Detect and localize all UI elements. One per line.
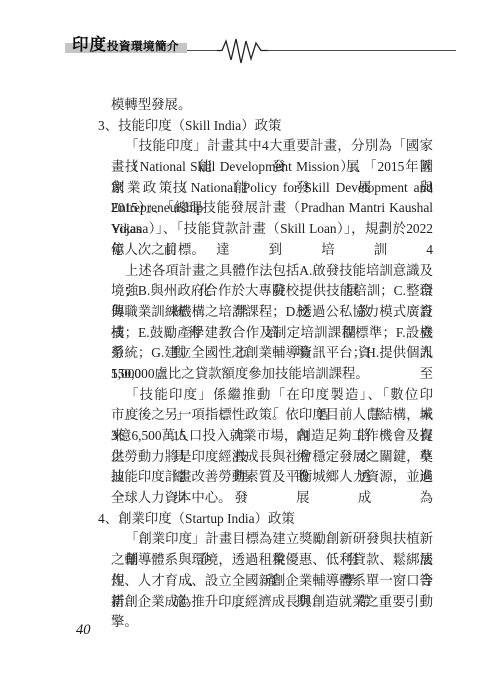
text-line: 新創企業成為推升印度經濟成長與創造就業之重要引擎。 [98,592,433,613]
page-number: 40 [76,622,91,639]
text-line: 之勞動力將是印度經濟成長與社會穩定發展之關鍵，莫迪總理盼透過 [98,447,433,468]
text-line: 上述各項計畫之具體作法包括A.啟發技能培訓意識及強化發展環 [98,261,433,282]
document-page: 印度 投資環境簡介 模轉型發展。 3、技能印度（Skill India）政策 「… [0,0,480,679]
text-line: Yojana）」、「技能貸款計畫（Skill Loan）」，規劃於2022年前達… [98,219,433,240]
body-text: 模轉型發展。 3、技能印度（Skill India）政策 「技能印度」計畫其中4… [98,95,433,612]
list-item-heading: 4、創業印度（Startup India）政策 [98,509,433,530]
text-line: 3億6,500萬人口投入就業市場，創造足夠工作機會及提供具技術水準 [98,426,433,447]
header-title-sub: 投資環境簡介 [107,40,179,54]
text-line: 之輔導體系與環境，透過租稅優惠、低利貸款、鬆綁法規、產學合 [98,550,433,571]
text-line: 作、人才育成、設立全國新創企業輔導體系單一窗口等措施，期帶動 [98,571,433,592]
text-line: 市」後之另一項指標性政策。依印度目前人口結構，未來15年內將有 [98,405,433,426]
pulse-zigzag-icon [217,36,269,66]
header-rule-right [267,50,456,51]
text-line: 2015）」、「總理技能發展計畫（Pradhan Mantri Kaushal … [98,198,433,219]
text-line: 畫（National Skill Development Mission）」、「… [98,157,433,178]
list-item-heading: 3、技能印度（Skill India）政策 [98,116,433,137]
text-line: 境；B.與州政府合作於大專院校提供技能培訓；C.整合傳統學校教育 [98,281,433,302]
text-line: 創業政策（National Policy for Skill Developme… [98,178,433,199]
text-line: 「技能印度」計畫其中4大重要計畫，分別為「國家技能發展計 [98,136,433,157]
text-line: 系統；G.建立全國性之創業輔導資訊平台；H.提供個人5,000至 [98,343,433,364]
text-line: 「技能印度」係繼推動「在印度製造」、「數位印度」、「智慧城 [98,385,433,406]
text-line: 「創業印度」計畫目標為建立獎勵創新研發與扶植新創企業發展 [98,529,433,550]
text-line: 模轉型發展。 [98,95,433,116]
header-rule-left [187,50,220,51]
text-line: 與職業訓練機構之培訓課程；D.透過公私協力模式廣設技術培訓機 [98,302,433,323]
text-line: 技能印度計畫改善勞動素質及平衡城鄉人力資源，並進一步發展成為 [98,467,433,488]
page-header-title: 印度 投資環境簡介 [72,37,179,54]
header-title-main: 印度 [72,37,107,54]
text-line: 構；E.鼓勵產學建教合作及制定培訓課程標準；F.設立勞動市場資訊 [98,323,433,344]
